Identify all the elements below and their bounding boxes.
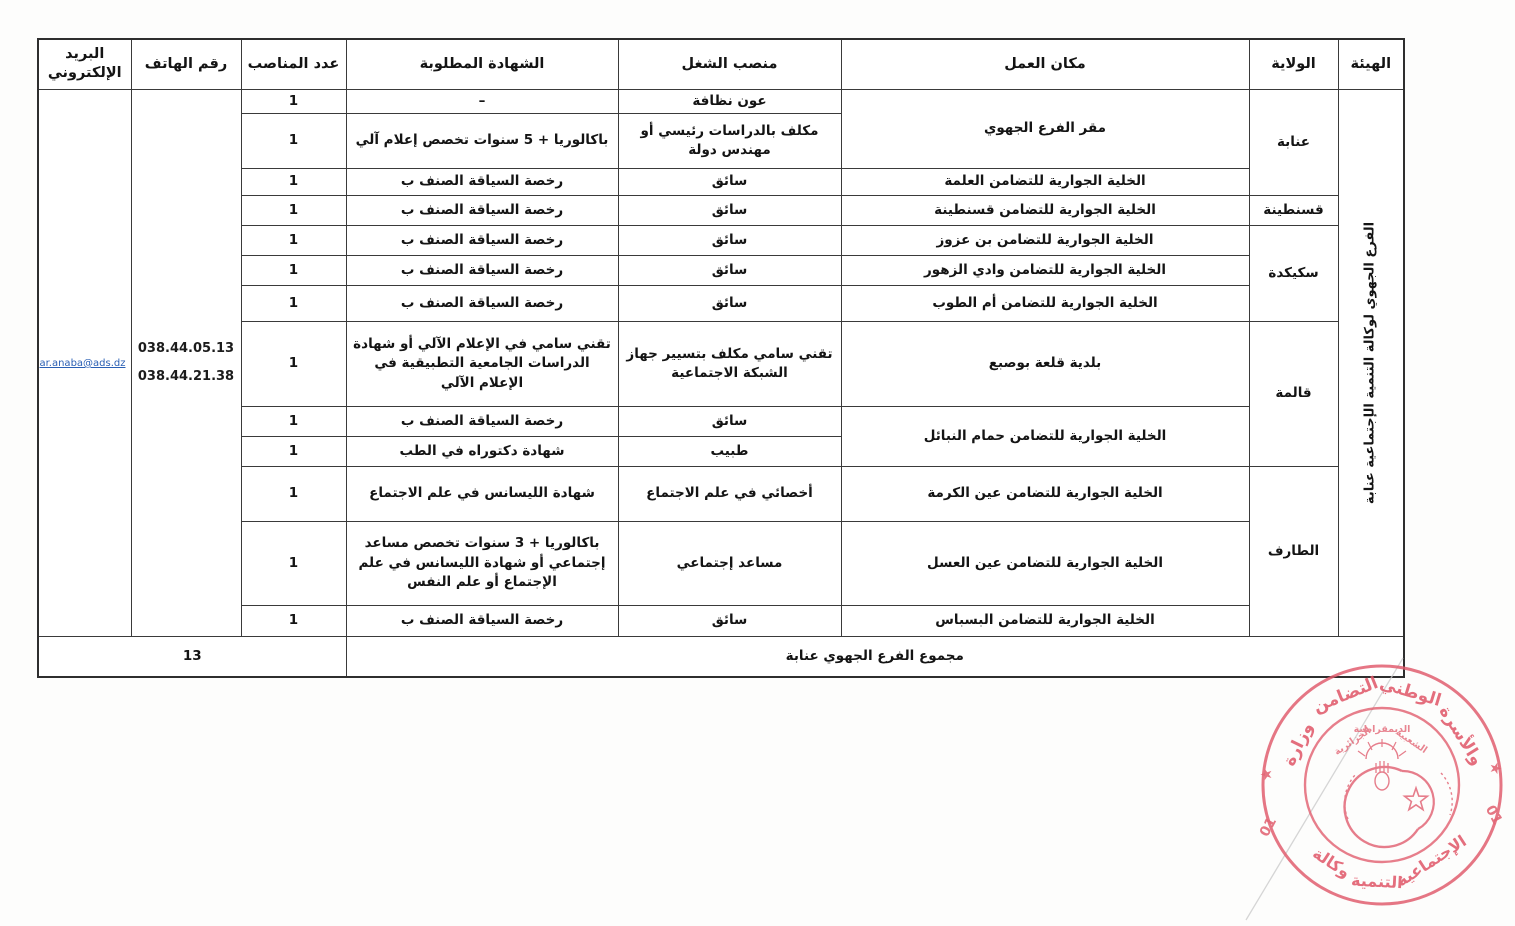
- table-row: الفرع الجهوي لوكالة التنمية الإجتماعية ع…: [38, 89, 1404, 114]
- certificate-cell: رخصة السياقة الصنف ب: [346, 226, 618, 256]
- col-header-phone: رقم الهاتف: [131, 39, 241, 89]
- total-value: 13: [38, 637, 346, 677]
- table-row: الطارف الخلية الجوارية للتضامن عين الكرم…: [38, 467, 1404, 522]
- col-header-workplace: مكان العمل: [841, 39, 1249, 89]
- workplace-cell: الخلية الجوارية للتضامن حمام النبائل: [841, 407, 1249, 467]
- wilaya-annaba: عنابة: [1249, 89, 1338, 196]
- workplace-cell: الخلية الجوارية للتضامن العلمة: [841, 169, 1249, 196]
- certificate-cell: شهادة الليسانس في علم الاجتماع: [346, 467, 618, 522]
- algeria-emblem-icon: [1345, 739, 1453, 847]
- col-header-position: منصب الشغل: [618, 39, 841, 89]
- table-row: الخلية الجوارية للتضامن العلمة سائق رخصة…: [38, 169, 1404, 196]
- table-row: الخلية الجوارية للتضامن حمام النبائل سائ…: [38, 407, 1404, 437]
- count-cell: 1: [241, 169, 346, 196]
- col-header-post-count: عدد المناصب: [241, 39, 346, 89]
- stamp-side-marks: ★ ★ 01 01: [1257, 758, 1505, 840]
- authority-vertical-text: الفرع الجهوي لوكالة التنمية الإجتماعية ع…: [1361, 222, 1380, 504]
- svg-text:الشعبية: الشعبية: [1394, 727, 1429, 756]
- certificate-cell: رخصة السياقة الصنف ب: [346, 256, 618, 286]
- workplace-cell: الخلية الجوارية للتضامن البسباس: [841, 606, 1249, 637]
- count-cell: 1: [241, 606, 346, 637]
- stamp-badge-left: 01: [1257, 815, 1280, 840]
- position-cell: سائق: [618, 606, 841, 637]
- certificate-cell: باكالوريا + 3 سنوات تخصص مساعد إجتماعي أ…: [346, 522, 618, 606]
- position-cell: سائق: [618, 256, 841, 286]
- stamp-badge-right: 01: [1482, 803, 1505, 828]
- authority-cell: الفرع الجهوي لوكالة التنمية الإجتماعية ع…: [1338, 89, 1404, 637]
- workplace-cell: الخلية الجوارية للتضامن عين الكرمة: [841, 467, 1249, 522]
- certificate-cell: شهادة دكتوراه في الطب: [346, 437, 618, 467]
- stamp-inner-text: الجزائرية الديمقراطية الشعبية: [1332, 724, 1429, 758]
- col-header-authority: الهيئة: [1338, 39, 1404, 89]
- svg-text:التضامن: التضامن: [1310, 673, 1381, 717]
- position-cell: طبيب: [618, 437, 841, 467]
- position-cell: عون نظافة: [618, 89, 841, 114]
- table-row: الخلية الجوارية للتضامن عين العسل مساعد …: [38, 522, 1404, 606]
- wilaya-skikda: سكيكدة: [1249, 226, 1338, 322]
- table-row: الخلية الجوارية للتضامن البسباس سائق رخص…: [38, 606, 1404, 637]
- col-header-email: البريد الإلكتروني: [38, 39, 131, 89]
- phone-number-1: 038.44.05.13: [137, 335, 236, 362]
- col-header-wilaya: الولاية: [1249, 39, 1338, 89]
- official-stamp: وزارة التضامن الوطني والأسرة وكالة التنم…: [1254, 654, 1510, 916]
- table-row: قسنطينة الخلية الجوارية للتضامن قسنطينة …: [38, 196, 1404, 226]
- certificate-cell: رخصة السياقة الصنف ب: [346, 407, 618, 437]
- certificate-cell: رخصة السياقة الصنف ب: [346, 169, 618, 196]
- count-cell: 1: [241, 522, 346, 606]
- wilaya-eltarf: الطارف: [1249, 467, 1338, 637]
- workplace-cell: الخلية الجوارية للتضامن قسنطينة: [841, 196, 1249, 226]
- count-cell: 1: [241, 196, 346, 226]
- certificate-cell: تقني سامي في الإعلام الآلي أو شهادة الدر…: [346, 322, 618, 407]
- table-row: الخلية الجوارية للتضامن وادي الزهور سائق…: [38, 256, 1404, 286]
- wilaya-guelma: قالمة: [1249, 322, 1338, 467]
- count-cell: 1: [241, 286, 346, 322]
- position-cell: مكلف بالدراسات رئيسي أو مهندس دولة: [618, 114, 841, 169]
- certificate-cell: رخصة السياقة الصنف ب: [346, 606, 618, 637]
- stamp-rings: [1263, 666, 1501, 904]
- table-row: الخلية الجوارية للتضامن أم الطوب سائق رخ…: [38, 286, 1404, 322]
- recruitment-table: الهيئة الولاية مكان العمل منصب الشغل الش…: [37, 38, 1405, 678]
- position-cell: سائق: [618, 407, 841, 437]
- workplace-cell: الخلية الجوارية للتضامن أم الطوب: [841, 286, 1249, 322]
- count-cell: 1: [241, 322, 346, 407]
- svg-text:الإجتماعية: الإجتماعية: [1393, 831, 1470, 890]
- position-cell: مساعد إجتماعي: [618, 522, 841, 606]
- position-cell: سائق: [618, 286, 841, 322]
- count-cell: 1: [241, 437, 346, 467]
- phone-cell: 038.44.05.13 038.44.21.38: [131, 89, 241, 637]
- position-cell: أخصائي في علم الاجتماع: [618, 467, 841, 522]
- email-link[interactable]: ar.anaba@ads.dz: [39, 357, 125, 372]
- count-cell: 1: [241, 467, 346, 522]
- svg-text:وزارة: وزارة: [1279, 719, 1317, 769]
- workplace-cell: بلدية قلعة بوصبع: [841, 322, 1249, 407]
- certificate-cell: رخصة السياقة الصنف ب: [346, 196, 618, 226]
- header-row: الهيئة الولاية مكان العمل منصب الشغل الش…: [38, 39, 1404, 89]
- col-header-certificate: الشهادة المطلوبة: [346, 39, 618, 89]
- star-icon: ★: [1257, 764, 1275, 785]
- workplace-cell: الخلية الجوارية للتضامن بن عزوز: [841, 226, 1249, 256]
- position-cell: سائق: [618, 169, 841, 196]
- position-cell: سائق: [618, 196, 841, 226]
- wilaya-constantine: قسنطينة: [1249, 196, 1338, 226]
- certificate-cell: –: [346, 89, 618, 114]
- count-cell: 1: [241, 114, 346, 169]
- scanned-document-page: { "header": { "columns": ["الهيئة","الول…: [0, 0, 1515, 926]
- svg-text:وكالة: وكالة: [1309, 843, 1354, 881]
- count-cell: 1: [241, 256, 346, 286]
- phone-number-2: 038.44.21.38: [137, 363, 236, 390]
- workplace-cell: الخلية الجوارية للتضامن عين العسل: [841, 522, 1249, 606]
- position-cell: تقني سامي مكلف بتسيير جهاز الشبكة الاجتم…: [618, 322, 841, 407]
- workplace-cell: مقر الفرع الجهوي: [841, 89, 1249, 169]
- total-row: مجموع الفرع الجهوي عنابة 13: [38, 637, 1404, 677]
- email-cell: ar.anaba@ads.dz: [38, 89, 131, 637]
- certificate-cell: رخصة السياقة الصنف ب: [346, 286, 618, 322]
- workplace-cell: الخلية الجوارية للتضامن وادي الزهور: [841, 256, 1249, 286]
- count-cell: 1: [241, 407, 346, 437]
- table-row: قالمة بلدية قلعة بوصبع تقني سامي مكلف بت…: [38, 322, 1404, 407]
- svg-text:والأسرة: والأسرة: [1435, 702, 1488, 769]
- table-row: سكيكدة الخلية الجوارية للتضامن بن عزوز س…: [38, 226, 1404, 256]
- certificate-cell: باكالوريا + 5 سنوات تخصص إعلام آلي: [346, 114, 618, 169]
- count-cell: 1: [241, 89, 346, 114]
- position-cell: سائق: [618, 226, 841, 256]
- count-cell: 1: [241, 226, 346, 256]
